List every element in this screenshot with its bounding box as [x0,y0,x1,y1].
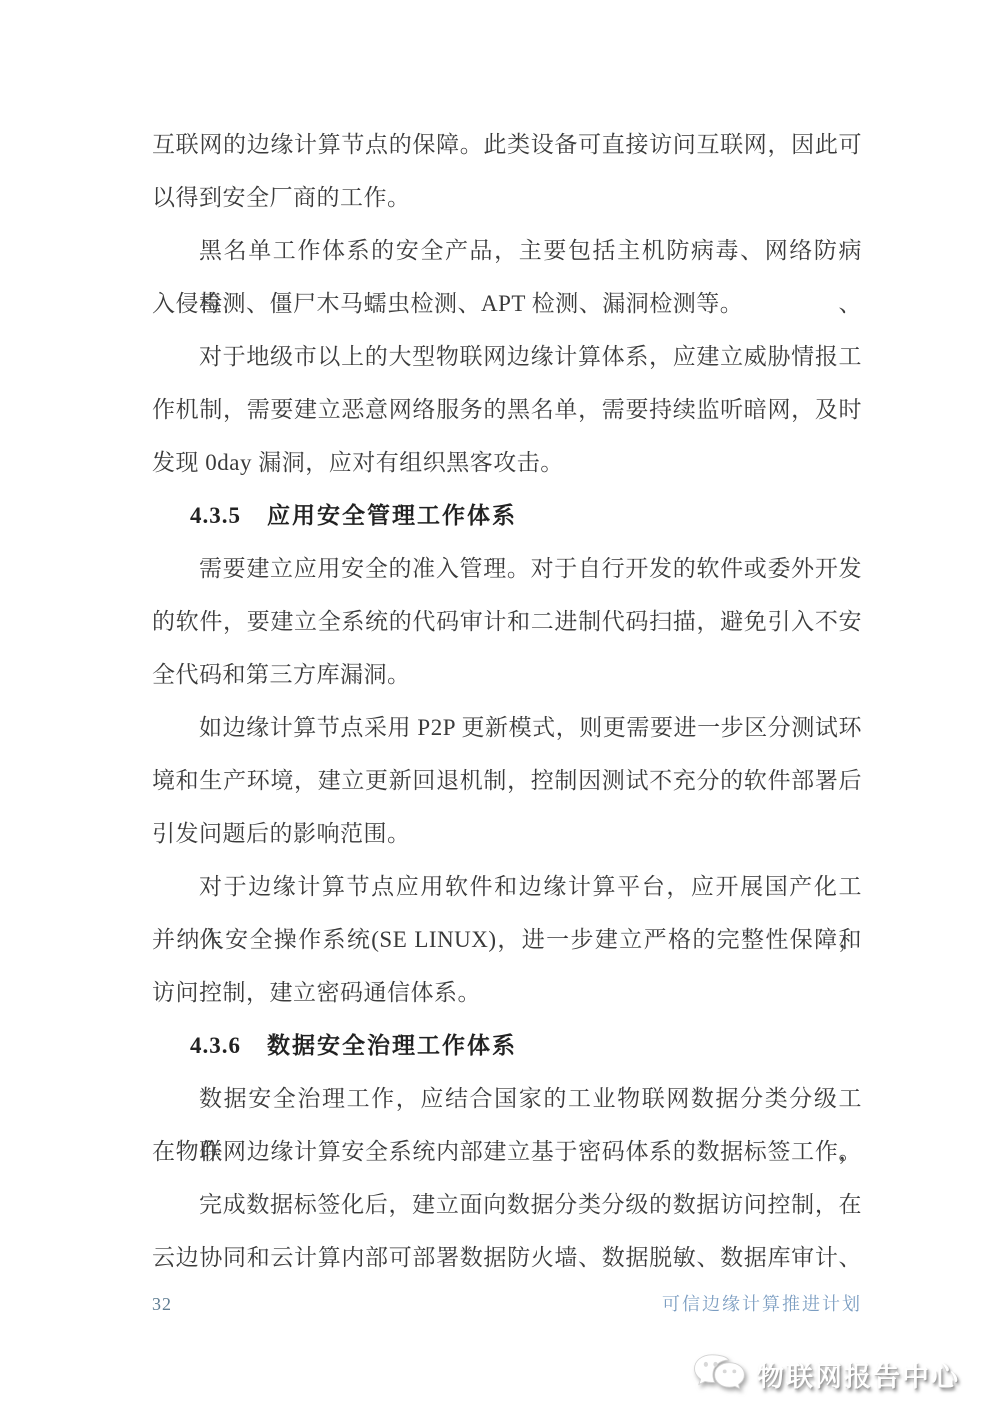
text-line: 如边缘计算节点采用 P2P 更新模式，则更需要进一步区分测试环 [152,701,862,754]
footer-doc-title: 可信边缘计算推进计划 [662,1290,862,1316]
text-line: 境和生产环境，建立更新回退机制，控制因测试不充分的软件部署后 [152,754,862,807]
text-line: 并纳入安全操作系统(SE LINUX)，进一步建立严格的完整性保障和 [152,913,862,966]
section-heading: 4.3.6数据安全治理工作体系 [152,1019,862,1072]
text-line: 需要建立应用安全的准入管理。对于自行开发的软件或委外开发 [152,542,862,595]
text-line: 完成数据标签化后，建立面向数据分类分级的数据访问控制，在 [152,1178,862,1231]
text-line: 对于边缘计算节点应用软件和边缘计算平台，应开展国产化工作， [152,860,862,913]
text-line: 在物联网边缘计算安全系统内部建立基于密码体系的数据标签工作。 [152,1125,862,1178]
watermark-label: 物联网报告中心 [757,1355,960,1394]
section-number: 4.3.5 [190,503,241,528]
text-line: 全代码和第三方库漏洞。 [152,648,862,701]
text-line: 的软件，要建立全系统的代码审计和二进制代码扫描，避免引入不安 [152,595,862,648]
section-title: 数据安全治理工作体系 [267,1032,517,1058]
text-line: 发现 0day 漏洞，应对有组织黑客攻击。 [152,436,862,489]
section-title: 应用安全管理工作体系 [267,502,517,528]
section-number: 4.3.6 [190,1033,241,1058]
text-line: 云边协同和云计算内部可部署数据防火墙、数据脱敏、数据库审计、 [152,1231,862,1284]
text-line: 以得到安全厂商的工作。 [152,171,862,224]
page-footer: 32 可信边缘计算推进计划 [152,1290,862,1316]
page-number: 32 [152,1294,172,1315]
text-line: 作机制，需要建立恶意网络服务的黑名单，需要持续监听暗网，及时 [152,383,862,436]
wechat-icon [691,1352,747,1396]
text-line: 对于地级市以上的大型物联网边缘计算体系，应建立威胁情报工 [152,330,862,383]
section-heading: 4.3.5应用安全管理工作体系 [152,489,862,542]
text-line: 黑名单工作体系的安全产品，主要包括主机防病毒、网络防病毒、 [152,224,862,277]
text-line: 互联网的边缘计算节点的保障。此类设备可直接访问互联网，因此可 [152,118,862,171]
watermark: 物联网报告中心 [691,1346,960,1402]
text-line: 访问控制，建立密码通信体系。 [152,966,862,1019]
document-page: 互联网的边缘计算节点的保障。此类设备可直接访问互联网，因此可以得到安全厂商的工作… [0,0,1000,1415]
text-line: 引发问题后的影响范围。 [152,807,862,860]
text-line: 数据安全治理工作，应结合国家的工业物联网数据分类分级工作， [152,1072,862,1125]
content-lines: 互联网的边缘计算节点的保障。此类设备可直接访问互联网，因此可以得到安全厂商的工作… [152,118,862,1284]
